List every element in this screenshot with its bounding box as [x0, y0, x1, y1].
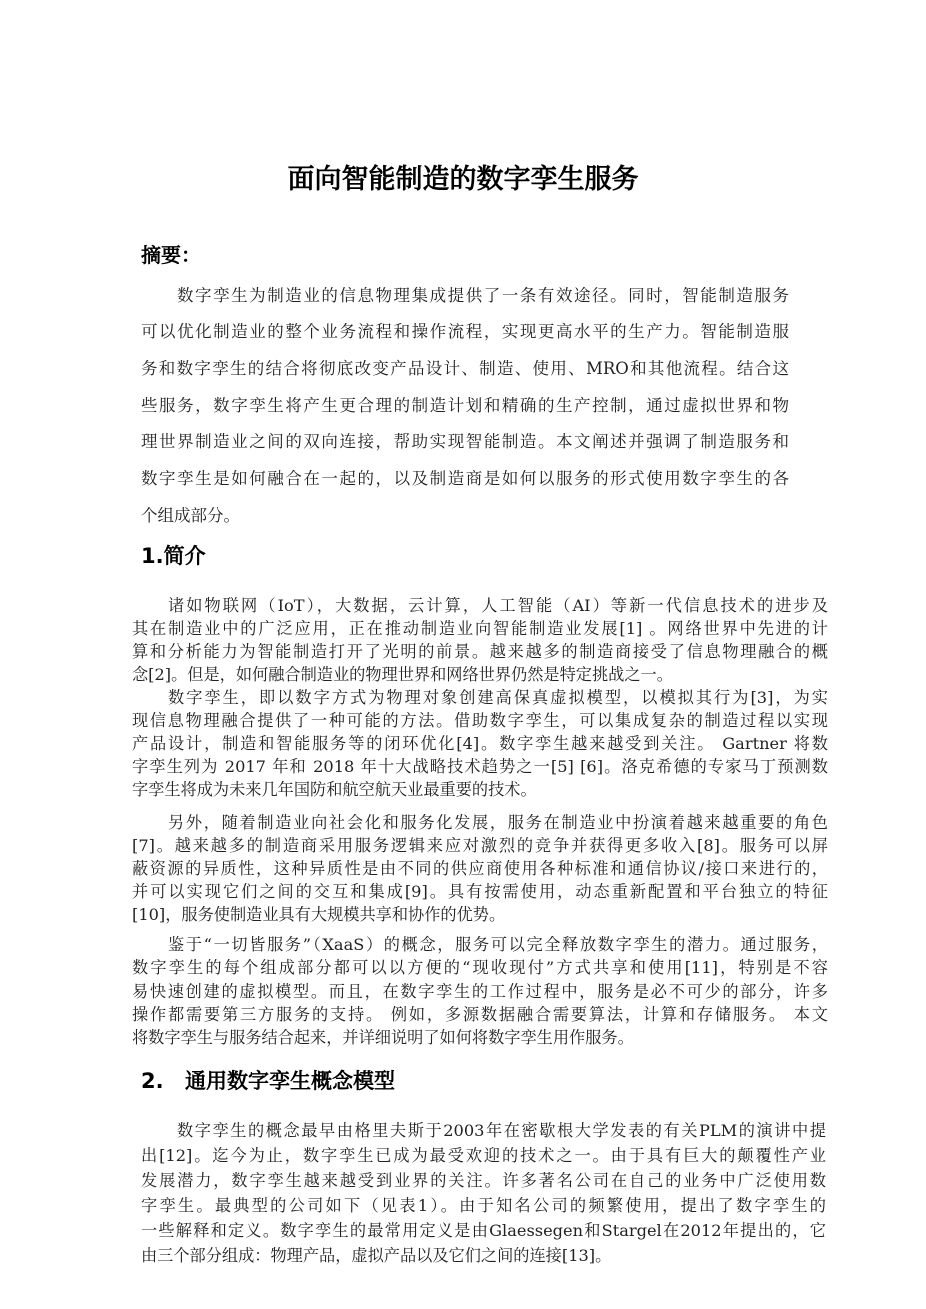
- abstract-label: 摘要：: [141, 241, 201, 269]
- paragraph-line: 诸如物联网（IoT），大数据，云计算，人工智能（AI）等新一代信息技术的进步及: [132, 595, 828, 617]
- paragraph-line: 由三个部分组成：物理产品，虚拟产品以及它们之间的连接[13]。: [141, 1245, 826, 1267]
- abstract-line: 些服务，数字孪生将产生更合理的制造计划和精确的生产控制，通过虚拟世界和物: [141, 395, 789, 417]
- section-2-heading: 2.通用数字孪生概念模型: [141, 1066, 395, 1096]
- paragraph-line: 字孪生将成为未来几年国防和航空航天业最重要的技术。: [132, 779, 828, 801]
- paragraph-line: [10]，服务使制造业具有大规模共享和协作的优势。: [132, 904, 828, 926]
- paragraph-line: 现信息物理融合提供了一种可能的方法。借助数字孪生，可以集成复杂的制造过程以实现: [132, 710, 828, 732]
- paragraph-line: 数字孪生的概念最早由格里夫斯于2003年在密歇根大学发表的有关PLM的演讲中提: [141, 1120, 826, 1142]
- abstract-line: 理世界制造业之间的双向连接，帮助实现智能制造。本文阐述并强调了制造服务和: [141, 431, 789, 453]
- section-2-number: 2.: [141, 1066, 185, 1096]
- abstract-line: 务和数字孪生的结合将彻底改变产品设计、制造、使用、MRO和其他流程。结合这: [141, 358, 789, 380]
- paragraph-line: 数字孪生的每个组成部分都可以以方便的“现收现付”方式共享和使用[11]，特别是不…: [132, 957, 828, 979]
- paragraph-line: 蔽资源的异质性，这种异质性是由不同的供应商使用各种标准和通信协议/接口来进行的，: [132, 858, 828, 880]
- paragraph-line: 出[12]。迄今为止，数字孪生已成为最受欢迎的技术之一。由于具有巨大的颠覆性产业: [141, 1145, 826, 1167]
- paragraph-line: 鉴于“一切皆服务”（XaaS）的概念，服务可以完全释放数字孪生的潜力。通过服务，: [132, 934, 828, 956]
- paragraph-line: 一些解释和定义。数字孪生的最常用定义是由Glaessegen和Stargel在2…: [141, 1220, 826, 1242]
- abstract-line: 数字孪生是如何融合在一起的，以及制造商是如何以服务的形式使用数字孪生的各: [141, 468, 789, 490]
- paragraph-line: 字孪生列为 2017 年和 2018 年十大战略技术趋势之一[5] [6]。洛克…: [132, 756, 828, 778]
- paragraph-line: 数字孪生，即以数字方式为物理对象创建高保真虚拟模型，以模拟其行为[3]，为实: [132, 687, 828, 709]
- paragraph-line: 产品设计，制造和智能服务等的闭环优化[4]。数字孪生越来越受到关注。 Gartn…: [132, 733, 828, 755]
- paragraph-line: 另外，随着制造业向社会化和服务化发展，服务在制造业中扮演着越来越重要的角色: [132, 812, 828, 834]
- paragraph-line: 发展潜力，数字孪生越来越受到业界的关注。许多著名公司在自己的业务中广泛使用数: [141, 1170, 826, 1192]
- paragraph-line: 字孪生。最典型的公司如下（见表1）。由于知名公司的频繁使用，提出了数字孪生的: [141, 1195, 826, 1217]
- paragraph-line: [7]。越来越多的制造商采用服务逻辑来应对激烈的竞争并获得更多收入[8]。服务可…: [132, 835, 828, 857]
- paragraph-line: 算和分析能力为智能制造打开了光明的前景。越来越多的制造商接受了信息物理融合的概: [132, 641, 828, 663]
- abstract-line: 可以优化制造业的整个业务流程和操作流程，实现更高水平的生产力。智能制造服: [141, 321, 789, 343]
- document-page: 面向智能制造的数字孪生服务 摘要： 数字孪生为制造业的信息物理集成提供了一条有效…: [0, 0, 926, 1309]
- paragraph-line: 操作都需要第三方服务的支持。 例如，多源数据融合需要算法，计算和存储服务。 本文: [132, 1004, 828, 1026]
- document-title: 面向智能制造的数字孪生服务: [0, 163, 926, 197]
- paragraph-line: 并可以实现它们之间的交互和集成[9]。具有按需使用，动态重新配置和平台独立的特征: [132, 881, 828, 903]
- section-1-heading: 1.简介: [141, 541, 206, 571]
- abstract-line: 个组成部分。: [141, 505, 789, 527]
- paragraph-line: 易快速创建的虚拟模型。而且，在数字孪生的工作过程中，服务是必不可少的部分，许多: [132, 981, 828, 1003]
- paragraph-line: 念[2]。但是，如何融合制造业的物理世界和网络世界仍然是特定挑战之一。: [132, 664, 828, 686]
- paragraph-line: 将数字孪生与服务结合起来，并详细说明了如何将数字孪生用作服务。: [132, 1027, 828, 1049]
- abstract-line: 数字孪生为制造业的信息物理集成提供了一条有效途径。同时，智能制造服务: [141, 285, 789, 307]
- section-2-title: 通用数字孪生概念模型: [185, 1069, 395, 1093]
- paragraph-line: 其在制造业中的广泛应用，正在推动制造业向智能制造业发展[1] 。网络世界中先进的…: [132, 618, 828, 640]
